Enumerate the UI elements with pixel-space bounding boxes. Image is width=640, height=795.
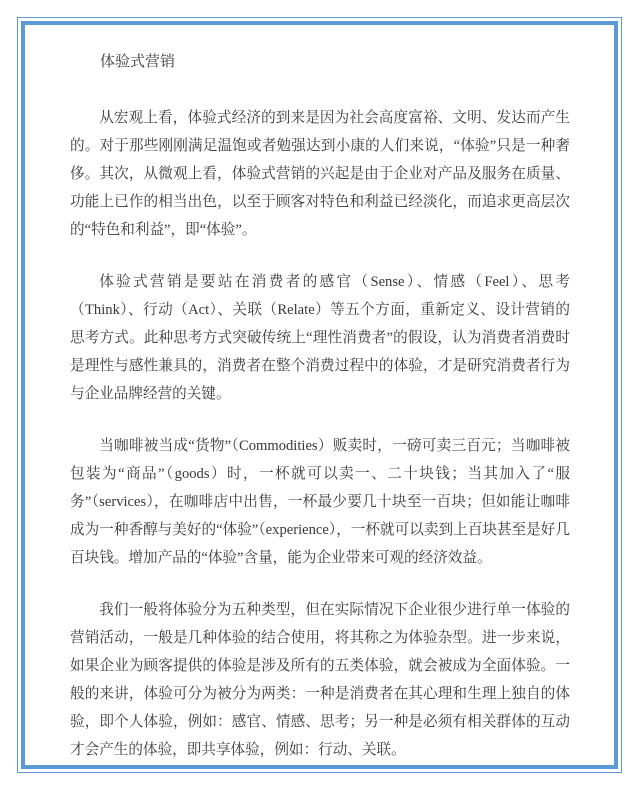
paragraphs-container: 从宏观上看，体验式经济的到来是因为社会高度富裕、文明、发达而产生的。对于那些刚刚… [70, 104, 570, 764]
paragraph: 从宏观上看，体验式经济的到来是因为社会高度富裕、文明、发达而产生的。对于那些刚刚… [70, 104, 570, 244]
document-body: 体验式营销 从宏观上看，体验式经济的到来是因为社会高度富裕、文明、发达而产生的。… [70, 48, 570, 788]
paragraph: 我们一般将体验分为五种类型，但在实际情况下企业很少进行单一体验的营销活动，一般是… [70, 596, 570, 764]
paragraph: 体验式营销是要站在消费者的感官（Sense）、情感（Feel）、思考（Think… [70, 268, 570, 408]
document-title: 体验式营销 [70, 48, 570, 76]
paragraph: 当咖啡被当成“货物”（Commodities）贩卖时，一磅可卖三百元；当咖啡被包… [70, 432, 570, 572]
